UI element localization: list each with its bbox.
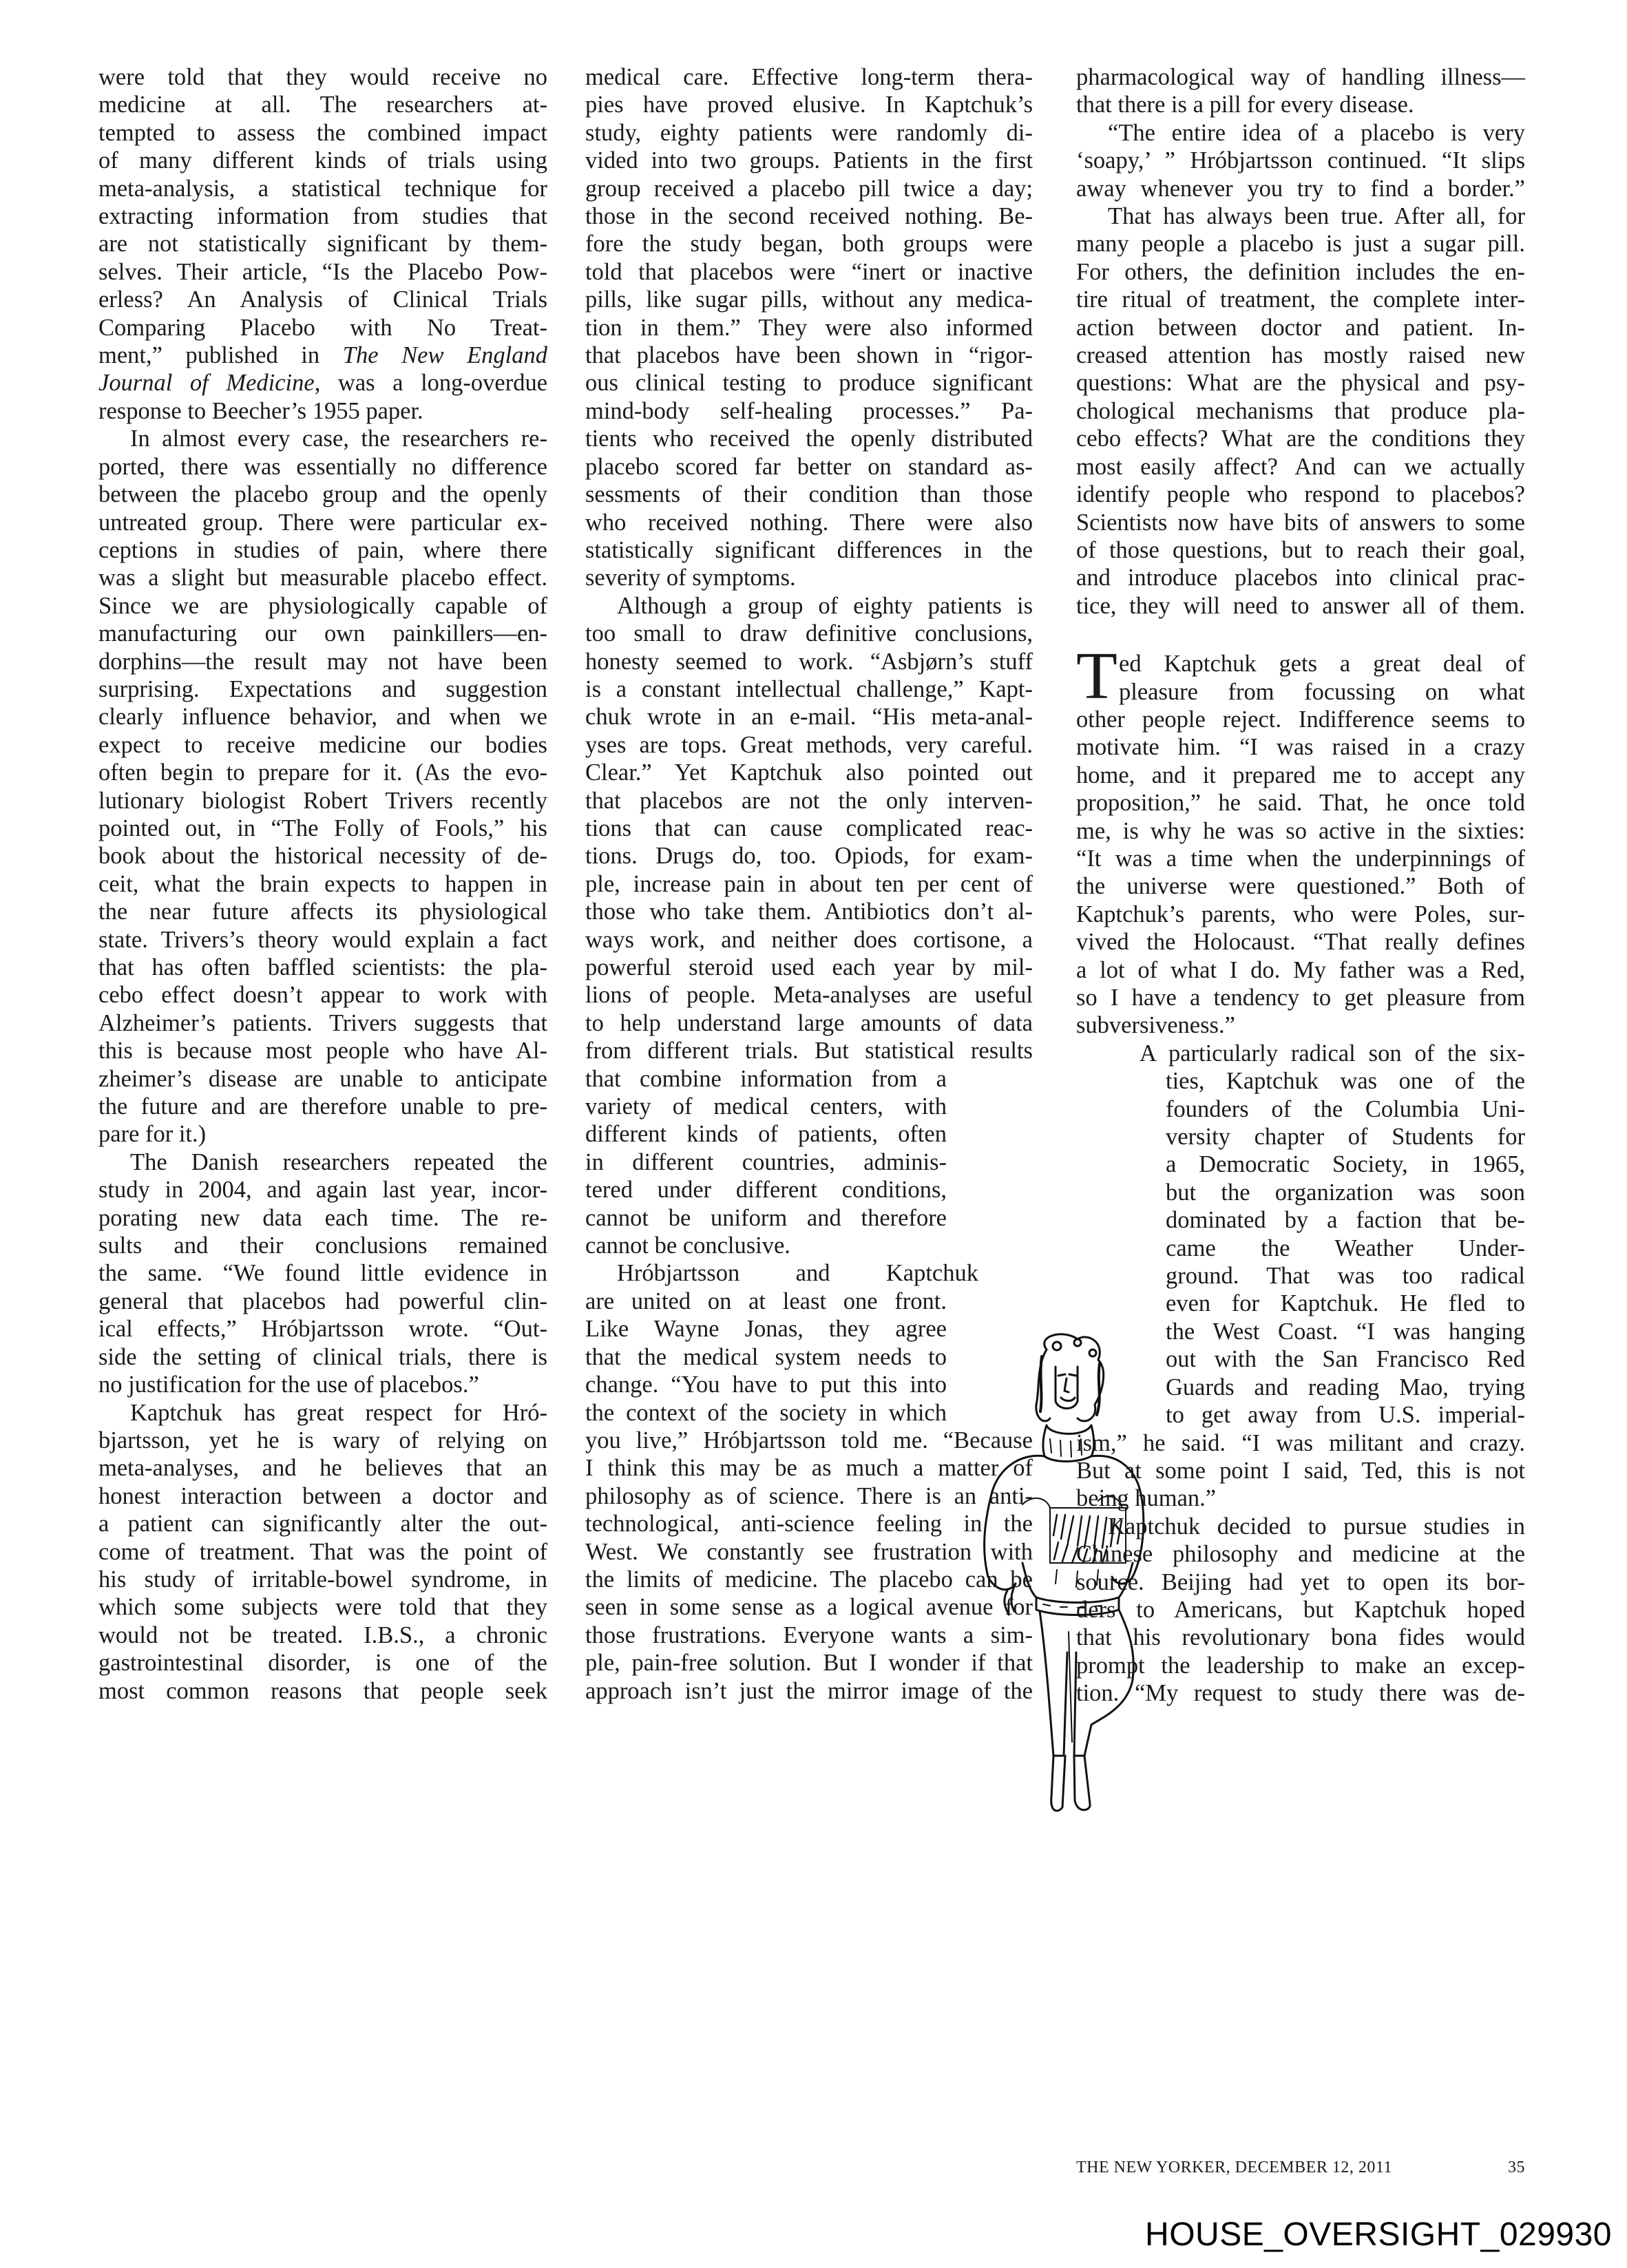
text-line: medical care. Effective long-term thera- — [585, 63, 1033, 91]
text-line: technological, anti-science feeling in t… — [585, 1510, 1033, 1537]
text-line: identify people who respond to placebos? — [1076, 481, 1525, 508]
text-line: are united on at least one front. — [585, 1288, 947, 1315]
text-line: untreated group. There were particular e… — [98, 509, 547, 536]
text-line: manufacturing our own painkillers—en- — [98, 620, 547, 647]
text-line: were told that they would receive no — [98, 63, 547, 91]
page-number: 35 — [1508, 2159, 1525, 2177]
text-line: In almost every case, the researchers re… — [98, 425, 547, 452]
text-line: most easily affect? And can we actually — [1076, 453, 1525, 481]
pen-sketch-figure-icon — [981, 1329, 1188, 1825]
text-line: the limits of medicine. The placebo can … — [585, 1566, 1033, 1593]
text-line: ceit, what the brain expects to happen i… — [98, 870, 547, 898]
text-line: meta-analysis, a statistical technique f… — [98, 175, 547, 202]
text-line: For others, the definition includes the … — [1076, 258, 1525, 286]
text-line: those frustrations. Everyone wants a sim… — [585, 1621, 1033, 1649]
text-line: a lot of what I do. My father was a Red, — [1076, 956, 1525, 984]
text-line: is a constant intellectual challenge,” K… — [585, 675, 1033, 703]
text-line: questions: What are the physical and psy… — [1076, 369, 1525, 397]
text-line: no justification for the use of placebos… — [98, 1371, 547, 1398]
text-line: statistically significant differences in… — [585, 536, 1033, 564]
text-line: of many different kinds of trials using — [98, 147, 547, 174]
text-line: tion in them.” They were also informed — [585, 314, 1033, 342]
text-line: a patient can significantly alter the ou… — [98, 1510, 547, 1537]
text-line: so I have a tendency to get pleasure fro… — [1076, 984, 1525, 1011]
text-line: motivate him. “I was raised in a crazy — [1076, 733, 1525, 761]
text-line: study in 2004, and again last year, inco… — [98, 1176, 547, 1204]
text-line: away whenever you try to find a border.” — [1076, 175, 1525, 202]
text-line: expect to receive medicine our bodies — [98, 731, 547, 759]
text-line: pleasure from focussing on what — [1076, 678, 1525, 706]
text-line: tions that can cause complicated reac- — [585, 815, 1033, 842]
text-line: often begin to prepare for it. (As the e… — [98, 759, 547, 786]
text-line: Since we are physiologically capable of — [98, 592, 547, 620]
text-line: West. We constantly see frustration with — [585, 1538, 1033, 1566]
text-line: versity chapter of Students for — [1076, 1123, 1525, 1151]
text-line: severity of symptoms. — [585, 564, 1033, 591]
text-line: honest interaction between a doctor and — [98, 1482, 547, 1510]
text-line: I think this may be as much a matter of — [585, 1454, 1033, 1482]
text-line: who received nothing. There were also — [585, 509, 1033, 536]
text-line: selves. Their article, “Is the Placebo P… — [98, 258, 547, 286]
bates-stamp: HOUSE_OVERSIGHT_029930 — [1145, 2216, 1612, 2254]
text-line: come of treatment. That was the point of — [98, 1538, 547, 1566]
text-line: study, eighty patients were randomly di- — [585, 119, 1033, 147]
text-line: that the medical system needs to — [585, 1343, 947, 1371]
text-line: seen in some sense as a logical avenue f… — [585, 1593, 1033, 1621]
article-column-1: were told that they would receive no med… — [98, 63, 547, 1705]
text-line: home, and it prepared me to accept any — [1076, 762, 1525, 789]
text-line: founders of the Columbia Uni- — [1076, 1095, 1525, 1123]
text-line: book about the historical necessity of d… — [98, 842, 547, 870]
text-line: clearly influence behavior, and when we — [98, 703, 547, 731]
text-line: lutionary biologist Robert Trivers recen… — [98, 787, 547, 815]
text-line: tice, they will need to answer all of th… — [1076, 592, 1525, 620]
text-line: are not statistically significant by the… — [98, 230, 547, 258]
text-line: ous clinical testing to produce signific… — [585, 369, 1033, 397]
text-line: vided into two groups. Patients in the f… — [585, 147, 1033, 174]
text-line: tients who received the openly distribut… — [585, 425, 1033, 452]
text-line: of those questions, but to reach their g… — [1076, 536, 1525, 564]
text-line: the context of the society in which — [585, 1399, 947, 1427]
text-line: honesty seemed to work. “Asbjørn’s stuff — [585, 648, 1033, 675]
text-line: cannot be conclusive. — [585, 1232, 947, 1259]
text-line: A particularly radical son of the six- — [1076, 1040, 1525, 1067]
text-line: sessments of their condition than those — [585, 481, 1033, 508]
text-line: came the Weather Under- — [1076, 1235, 1525, 1262]
text-line: ple, increase pain in about ten per cent… — [585, 870, 1033, 898]
text-line: pharmacological way of handling illness— — [1076, 63, 1525, 91]
text-line: sults and their conclusions remained — [98, 1232, 547, 1259]
text-line: was a slight but measurable placebo effe… — [98, 564, 547, 591]
text-line: that has often baffled scientists: the p… — [98, 954, 547, 981]
text-line: action between doctor and patient. In- — [1076, 314, 1525, 342]
text-line: bjartsson, yet he is wary of relying on — [98, 1427, 547, 1454]
text-line: erless? An Analysis of Clinical Trials — [98, 286, 547, 313]
text-line: that placebos are not the only interven- — [585, 787, 1033, 815]
text-line: pills, like sugar pills, without any med… — [585, 286, 1033, 313]
text-wrap-around-illustration: that combine information from a variety … — [585, 1065, 1033, 1427]
text-line: lions of people. Meta-analyses are usefu… — [585, 981, 1033, 1009]
text-line: ceptions in studies of pain, where there — [98, 536, 547, 564]
text-line: gastrointestinal disorder, is one of the — [98, 1649, 547, 1677]
text-line: tire ritual of treatment, the complete i… — [1076, 286, 1525, 313]
text-line: pare for it.) — [98, 1120, 547, 1148]
text-line: pointed out, in “The Folly of Fools,” hi… — [98, 815, 547, 842]
text-line: but the organization was soon — [1076, 1179, 1525, 1206]
text-line: told that placebos were “inert or inacti… — [585, 258, 1033, 286]
text-line: the universe were questioned.” Both of — [1076, 872, 1525, 900]
text-line: ed Kaptchuk gets a great deal of — [1076, 650, 1525, 678]
text-line: mind-body self-healing processes.” Pa- — [585, 397, 1033, 425]
text-span: ment,” published in — [98, 342, 343, 368]
text-line: to help understand large amounts of data — [585, 1009, 1033, 1037]
text-line: ple, pain-free solution. But I wonder if… — [585, 1649, 1033, 1677]
text-line: even for Kaptchuk. He fled to — [1076, 1290, 1525, 1317]
text-line: zheimer’s disease are unable to anticipa… — [98, 1065, 547, 1093]
text-line: that there is a pill for every disease. — [1076, 91, 1525, 118]
text-line: me, is why he was so active in the sixti… — [1076, 817, 1525, 845]
publication-line: THE NEW YORKER, DECEMBER 12, 2011 — [1076, 2159, 1392, 2177]
text-line: ties, Kaptchuk was one of the — [1076, 1067, 1525, 1095]
text-line: philosophy as of science. There is an an… — [585, 1482, 1033, 1510]
text-line: Kaptchuk’s parents, who were Poles, sur- — [1076, 901, 1525, 928]
text-line: side the setting of clinical trials, the… — [98, 1343, 547, 1371]
drop-cap: T — [1076, 647, 1117, 705]
page-footer: THE NEW YORKER, DECEMBER 12, 2011 35 — [1076, 2159, 1525, 2177]
text-line: those who take them. Antibiotics don’t a… — [585, 898, 1033, 925]
section-opening: T ed Kaptchuk gets a great deal of pleas… — [1076, 650, 1525, 706]
text-line: change. “You have to put this into — [585, 1371, 947, 1398]
text-line: ical effects,” Hróbjartsson wrote. “Out- — [98, 1315, 547, 1343]
text-line: Kaptchuk has great respect for Hró- — [98, 1399, 547, 1427]
text-line: cebo effect doesn’t appear to work with — [98, 981, 547, 1009]
text-line: cannot be uniform and therefore — [585, 1204, 947, 1232]
text-line: that combine information from a — [585, 1065, 947, 1093]
text-line: subversiveness.” — [1076, 1011, 1525, 1039]
text-line: ground. That was too radical — [1076, 1262, 1525, 1290]
text-line: general that placebos had powerful clin- — [98, 1288, 547, 1315]
text-line: tempted to assess the combined impact — [98, 119, 547, 147]
text-line: chuk wrote in an e-mail. “His meta-anal- — [585, 703, 1033, 731]
text-line: group received a placebo pill twice a da… — [585, 175, 1033, 202]
text-line: powerful steroid used each year by mil- — [585, 954, 1033, 981]
text-line: the same. “We found little evidence in — [98, 1259, 547, 1287]
text-line: Like Wayne Jonas, they agree — [585, 1315, 947, 1343]
text-line: other people reject. Indifference seems … — [1076, 706, 1525, 733]
text-line: this is because most people who have Al- — [98, 1037, 547, 1064]
text-line: medicine at all. The researchers at- — [98, 91, 547, 118]
article-column-2: medical care. Effective long-term thera-… — [585, 63, 1033, 1705]
text-line: his study of irritable-bowel syndrome, i… — [98, 1566, 547, 1593]
text-line: dorphins—the result may not have been — [98, 648, 547, 675]
text-line: Although a group of eighty patients is — [585, 592, 1033, 620]
journal-title-italic: The New England — [343, 342, 547, 368]
journal-title-italic: Journal of Medicine — [98, 370, 315, 396]
text-line: fore the study began, both groups were — [585, 230, 1033, 258]
text-line: most common reasons that people seek — [98, 1677, 547, 1705]
text-line: different kinds of patients, often — [585, 1120, 947, 1148]
text-line: extracting information from studies that — [98, 202, 547, 230]
text-line: those in the second received nothing. Be… — [585, 202, 1033, 230]
text-line: many people a placebo is just a sugar pi… — [1076, 230, 1525, 258]
text-line: Scientists now have bits of answers to s… — [1076, 509, 1525, 536]
text-line: state. Trivers’s theory would explain a … — [98, 926, 547, 954]
text-line: porating new data each time. The re- — [98, 1204, 547, 1232]
text-line: between the placebo group and the openly — [98, 481, 547, 508]
text-line: that placebos have been shown in “rigor- — [585, 342, 1033, 369]
text-line: cebo effects? What are the conditions th… — [1076, 425, 1525, 452]
text-line: ways work, and neither does cortisone, a — [585, 926, 1033, 954]
text-line: you live,” Hróbjartsson told me. “Becaus… — [585, 1427, 1033, 1454]
text-line: creased attention has mostly raised new — [1076, 342, 1525, 369]
text-line: the future and are therefore unable to p… — [98, 1093, 547, 1120]
text-line: tions. Drugs do, too. Opiods, for exam- — [585, 842, 1033, 870]
text-line: and introduce placebos into clinical pra… — [1076, 564, 1525, 591]
text-line: Alzheimer’s patients. Trivers suggests t… — [98, 1009, 547, 1037]
text-line: meta-analyses, and he believes that an — [98, 1454, 547, 1482]
text-line: ‘soapy,’ ” Hróbjartsson continued. “It s… — [1076, 147, 1525, 174]
text-line: ment,” published in The New England — [98, 342, 547, 369]
text-line: from different trials. But statistical r… — [585, 1037, 1033, 1064]
text-span: , was a long-overdue — [315, 370, 547, 396]
text-line: Journal of Medicine, was a long-overdue — [98, 369, 547, 397]
section-break — [1076, 620, 1525, 650]
text-line: a Democratic Society, in 1965, — [1076, 1151, 1525, 1178]
text-line: proposition,” he said. That, he once tol… — [1076, 789, 1525, 817]
text-line: too small to draw definitive conclusions… — [585, 620, 1033, 647]
text-line: Comparing Placebo with No Treat- — [98, 314, 547, 342]
text-line: dominated by a faction that be- — [1076, 1206, 1525, 1234]
text-line: the near future affects its physiologica… — [98, 898, 547, 925]
sketch-illustration — [981, 1329, 1188, 1825]
text-line: Hróbjartsson and Kaptchuk — [585, 1259, 978, 1287]
text-line: tered under different conditions, — [585, 1176, 947, 1204]
text-line: response to Beecher’s 1955 paper. — [98, 397, 547, 425]
text-line: variety of medical centers, with — [585, 1093, 947, 1120]
text-line: in different countries, adminis- — [585, 1148, 947, 1176]
text-line: Clear.” Yet Kaptchuk also pointed out — [585, 759, 1033, 786]
text-line: chological mechanisms that produce pla- — [1076, 397, 1525, 425]
text-line: would not be treated. I.B.S., a chronic — [98, 1621, 547, 1649]
text-line: ported, there was essentially no differe… — [98, 453, 547, 481]
text-line: surprising. Expectations and suggestion — [98, 675, 547, 703]
text-line: placebo scored far better on standard as… — [585, 453, 1033, 481]
text-line: That has always been true. After all, fo… — [1076, 202, 1525, 230]
text-line: pies have proved elusive. In Kaptchuk’s — [585, 91, 1033, 118]
text-line: which some subjects were told that they — [98, 1593, 547, 1621]
text-line: “The entire idea of a placebo is very — [1076, 119, 1525, 147]
text-line: The Danish researchers repeated the — [98, 1148, 547, 1176]
text-line: yses are tops. Great methods, very caref… — [585, 731, 1033, 759]
text-line: vived the Holocaust. “That really define… — [1076, 928, 1525, 956]
text-line: “It was a time when the underpinnings of — [1076, 845, 1525, 872]
text-line: approach isn’t just the mirror image of … — [585, 1677, 1033, 1705]
